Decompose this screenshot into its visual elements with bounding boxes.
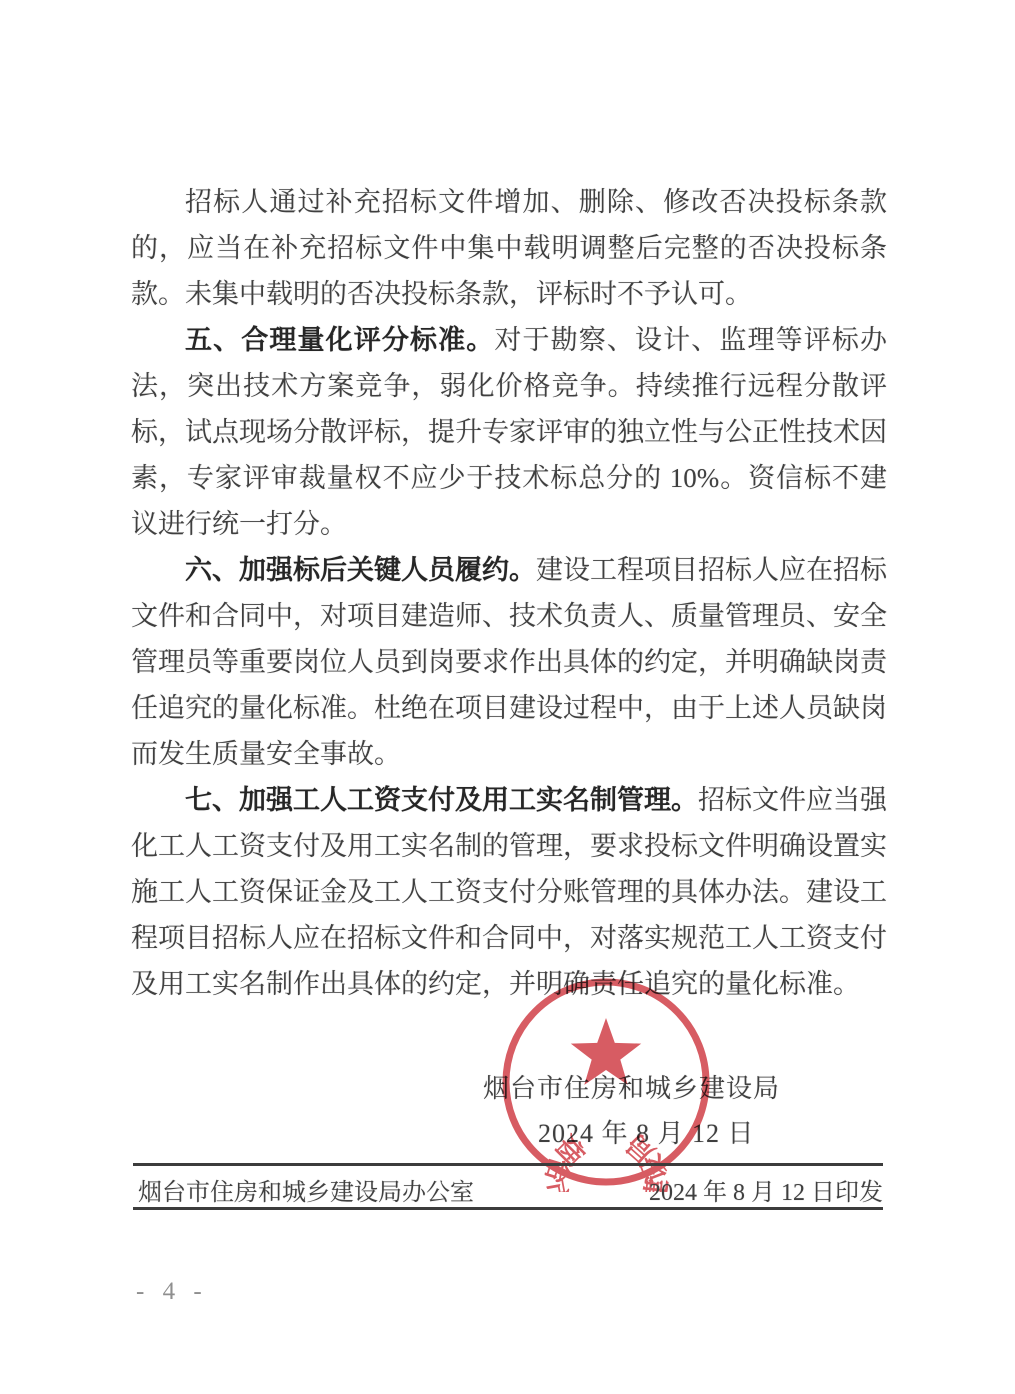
seal-star-icon [571,1018,641,1085]
footer-divider-bottom [133,1207,883,1210]
footer-divider-top [133,1163,883,1166]
page-number: - 4 - [136,1278,208,1306]
official-seal-stamp: 烟台市住房和城乡建设局 [496,972,716,1192]
footer-print-date: 2024 年 8 月 12 日印发 [649,1172,883,1207]
footer-issuing-office: 烟台市住房和城乡建设局办公室 [138,1172,474,1207]
document-body: 招标人通过补充招标文件增加、删除、修改否决投标条款的，应当在补充招标文件中集中载… [131,179,887,1007]
footer: 烟台市住房和城乡建设局办公室 2024 年 8 月 12 日印发 [138,1172,883,1207]
paragraph-text: 对于勘察、设计、监理等评标办法，突出技术方案竞争，弱化价格竞争。持续推行远程分散… [131,325,887,539]
seal-ring [506,982,706,1182]
paragraph: 五、合理量化评分标准。对于勘察、设计、监理等评标办法，突出技术方案竞争，弱化价格… [131,317,887,547]
paragraph-text: 招标人通过补充招标文件增加、删除、修改否决投标条款的，应当在补充招标文件中集中载… [131,187,887,309]
paragraph-heading: 六、加强标后关键人员履约。 [185,555,536,585]
paragraph: 六、加强标后关键人员履约。建设工程项目招标人应在招标文件和合同中，对项目建造师、… [131,547,887,777]
document-page: 招标人通过补充招标文件增加、删除、修改否决投标条款的，应当在补充招标文件中集中载… [0,0,1015,1394]
paragraph: 招标人通过补充招标文件增加、删除、修改否决投标条款的，应当在补充招标文件中集中载… [131,179,887,317]
paragraph-heading: 五、合理量化评分标准。 [185,325,494,355]
paragraph-heading: 七、加强工人工资支付及用工实名制管理。 [185,785,698,815]
paragraph-text: 招标文件应当强化工人工资支付及用工实名制的管理，要求投标文件明确设置实施工人工资… [131,785,887,999]
paragraph-text: 建设工程项目招标人应在招标文件和合同中，对项目建造师、技术负责人、质量管理员、安… [131,555,887,769]
